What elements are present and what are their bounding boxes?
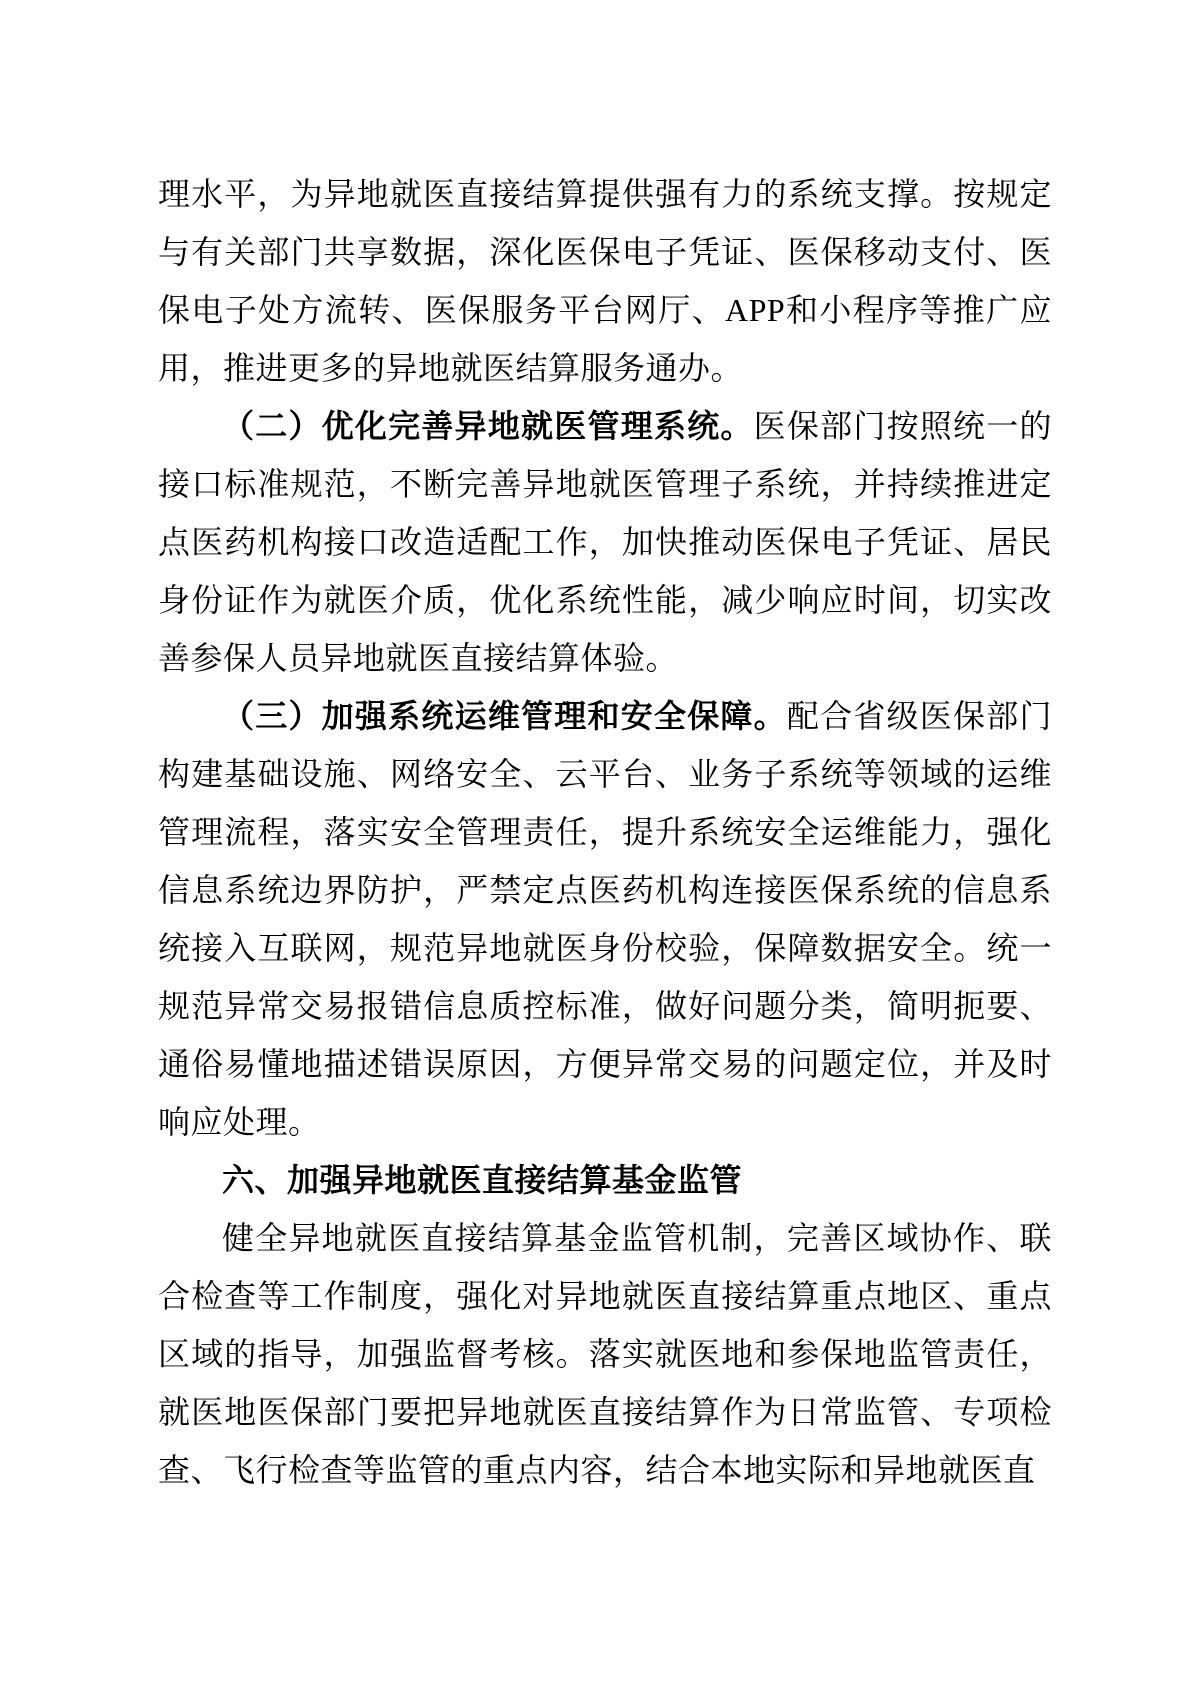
paragraph-continuation: 理水平，为异地就医直接结算提供强有力的系统支撑。按规定与有关部门共享数据，深化医… bbox=[158, 165, 1052, 397]
section-2-lead: （二）优化完善异地就医管理系统。 bbox=[222, 408, 754, 444]
paragraph-section-6: 健全异地就医直接结算基金监管机制，完善区域协作、联合检查等工作制度，强化对异地就… bbox=[158, 1209, 1052, 1499]
section-heading-6: 六、加强异地就医直接结算基金监管 bbox=[158, 1151, 1052, 1209]
paragraph-continuation-text: 理水平，为异地就医直接结算提供强有力的系统支撑。按规定与有关部门共享数据，深化医… bbox=[158, 176, 1052, 386]
section-3-lead: （三）加强系统运维管理和安全保障。 bbox=[222, 698, 787, 734]
section-3-text: 配合省级医保部门构建基础设施、网络安全、云平台、业务子系统等领域的运维管理流程，… bbox=[158, 698, 1052, 1140]
section-6-text: 健全异地就医直接结算基金监管机制，完善区域协作、联合检查等工作制度，强化对异地就… bbox=[158, 1220, 1052, 1488]
section-2-text: 医保部门按照统一的接口标准规范，不断完善异地就医管理子系统，并持续推进定点医药机… bbox=[158, 408, 1052, 676]
paragraph-section-3: （三）加强系统运维管理和安全保障。配合省级医保部门构建基础设施、网络安全、云平台… bbox=[158, 687, 1052, 1151]
paragraph-section-2: （二）优化完善异地就医管理系统。医保部门按照统一的接口标准规范，不断完善异地就医… bbox=[158, 397, 1052, 687]
document-page: 理水平，为异地就医直接结算提供强有力的系统支撑。按规定与有关部门共享数据，深化医… bbox=[158, 165, 1052, 1499]
